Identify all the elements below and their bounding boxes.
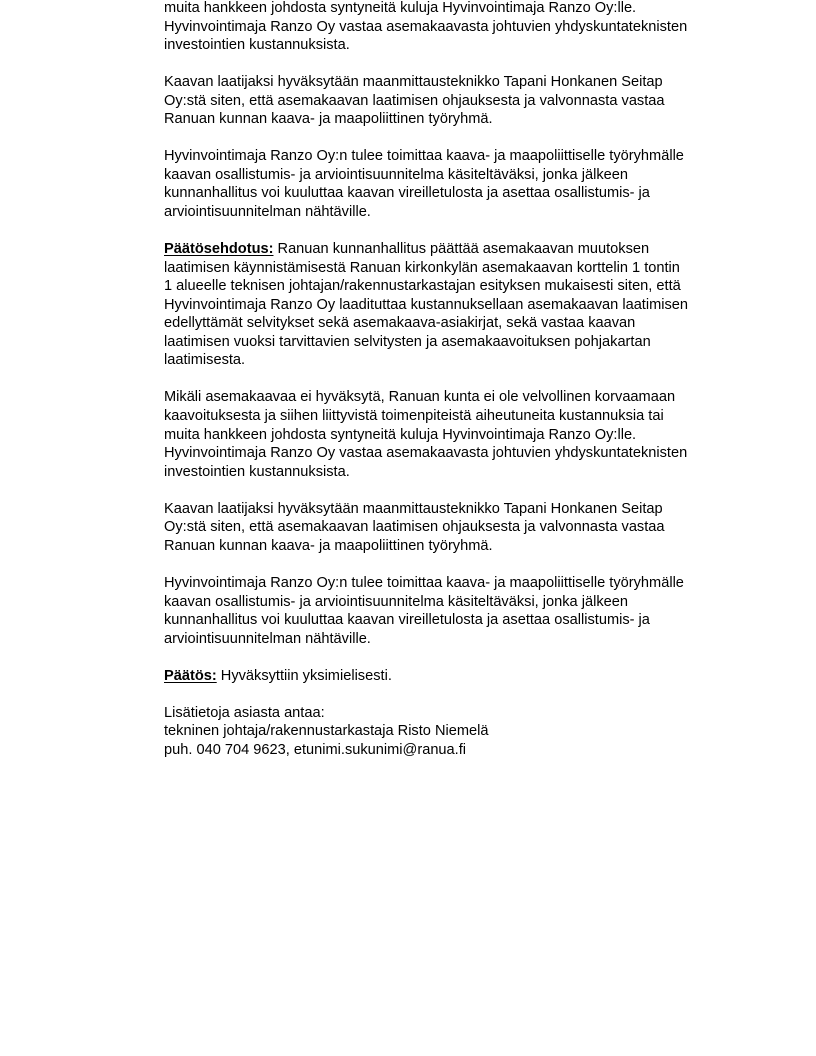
text-line: kunnanhallitus voi kuuluttaa kaavan vire… [164, 611, 764, 630]
text-line: muita hankkeen johdosta syntyneitä kuluj… [164, 426, 764, 445]
text-line: edellyttämät selvitykset sekä asemakaava… [164, 314, 764, 333]
text-line: puh. 040 704 9623, etunimi.sukunimi@ranu… [164, 741, 764, 760]
text-line: laatimisen vuoksi tarvittavien selvityst… [164, 333, 764, 352]
planner-paragraph: Kaavan laatijaksi hyväksytään maanmittau… [164, 73, 764, 129]
text-line: Hyvinvointimaja Ranzo Oy vastaa asemakaa… [164, 444, 764, 463]
text-line: Hyvinvointimaja Ranzo Oy laadituttaa kus… [164, 296, 764, 315]
text-line: Hyvinvointimaja Ranzo Oy vastaa asemakaa… [164, 18, 764, 37]
continued-cost-paragraph: muita hankkeen johdosta syntyneitä kuluj… [164, 0, 764, 55]
line-text: Ranuan kunnanhallitus päättää asemakaava… [273, 241, 649, 257]
text-line: Lisätietoja asiasta antaa: [164, 704, 764, 723]
text-line: laatimisesta. [164, 351, 764, 370]
text-line: Ranuan kunnan kaava- ja maapoliittinen t… [164, 537, 764, 556]
text-line: kaavan osallistumis- ja arviointisuunnit… [164, 166, 764, 185]
text-line: investointien kustannuksista. [164, 463, 764, 482]
line-text: Hyväksyttiin yksimielisesti. [217, 668, 392, 684]
text-line: Mikäli asemakaavaa ei hyväksytä, Ranuan … [164, 388, 764, 407]
section-label: Päätösehdotus: [164, 241, 273, 257]
text-line: kaavan osallistumis- ja arviointisuunnit… [164, 593, 764, 612]
text-line: kaavoituksesta ja siihen liittyvistä toi… [164, 407, 764, 426]
document-page: muita hankkeen johdosta syntyneitä kuluj… [164, 0, 764, 778]
text-line: Kaavan laatijaksi hyväksytään maanmittau… [164, 500, 764, 519]
text-line: Ranuan kunnan kaava- ja maapoliittinen t… [164, 110, 764, 129]
text-line: tekninen johtaja/rakennustarkastaja Rist… [164, 722, 764, 741]
cost-paragraph: Mikäli asemakaavaa ei hyväksytä, Ranuan … [164, 388, 764, 481]
text-line: Päätösehdotus: Ranuan kunnanhallitus pää… [164, 240, 764, 259]
participation-paragraph: Hyvinvointimaja Ranzo Oy:n tulee toimitt… [164, 147, 764, 221]
text-line: kunnanhallitus voi kuuluttaa kaavan vire… [164, 184, 764, 203]
decision-paragraph: Päätös: Hyväksyttiin yksimielisesti. [164, 667, 764, 686]
contact-paragraph: Lisätietoja asiasta antaa:tekninen johta… [164, 704, 764, 760]
participation-paragraph-2: Hyvinvointimaja Ranzo Oy:n tulee toimitt… [164, 574, 764, 648]
text-line: Oy:stä siten, että asemakaavan laatimise… [164, 518, 764, 537]
text-line: Hyvinvointimaja Ranzo Oy:n tulee toimitt… [164, 147, 764, 166]
proposal-paragraph: Päätösehdotus: Ranuan kunnanhallitus pää… [164, 240, 764, 370]
text-line: investointien kustannuksista. [164, 36, 764, 55]
text-line: Kaavan laatijaksi hyväksytään maanmittau… [164, 73, 764, 92]
text-line: 1 alueelle teknisen johtajan/rakennustar… [164, 277, 764, 296]
text-line: arviointisuunnitelman nähtäville. [164, 630, 764, 649]
text-line: Oy:stä siten, että asemakaavan laatimise… [164, 92, 764, 111]
text-line: Hyvinvointimaja Ranzo Oy:n tulee toimitt… [164, 574, 764, 593]
planner-paragraph-2: Kaavan laatijaksi hyväksytään maanmittau… [164, 500, 764, 556]
text-line: laatimisen käynnistämisestä Ranuan kirko… [164, 259, 764, 278]
text-line: arviointisuunnitelman nähtäville. [164, 203, 764, 222]
section-label: Päätös: [164, 668, 217, 684]
text-line: muita hankkeen johdosta syntyneitä kuluj… [164, 0, 764, 18]
text-line: Päätös: Hyväksyttiin yksimielisesti. [164, 667, 764, 686]
